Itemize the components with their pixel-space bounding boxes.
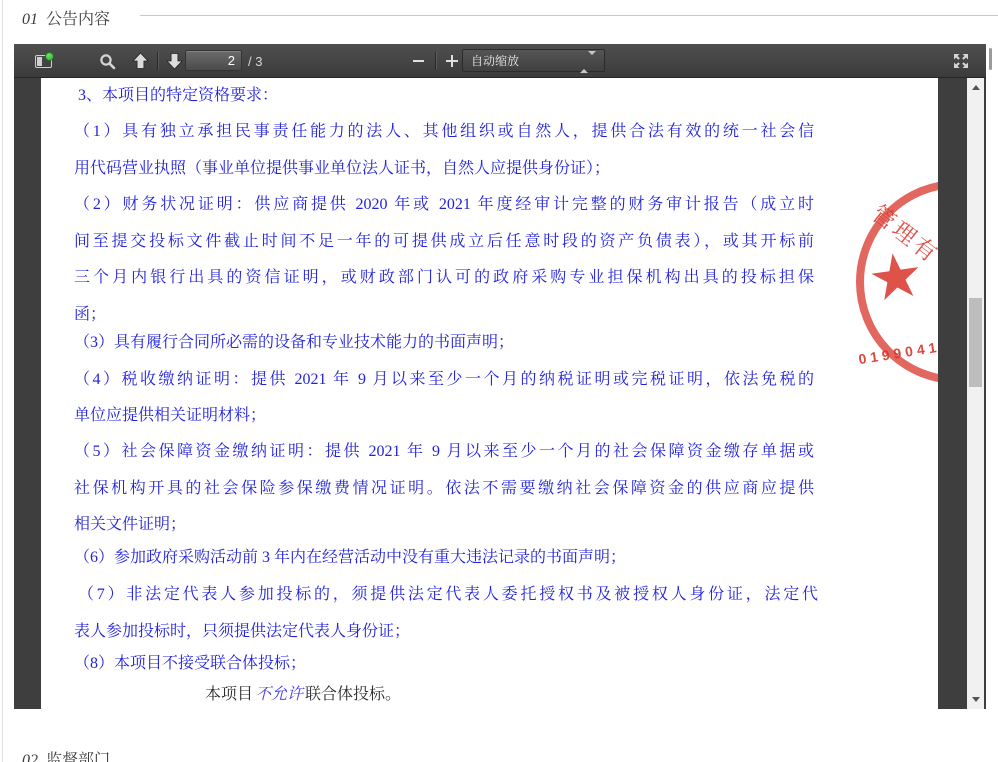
next-page-button[interactable] <box>160 49 188 73</box>
scroll-down-button[interactable] <box>967 692 984 707</box>
page-root: { "header": { "section_number": "01", "s… <box>0 0 998 762</box>
heading-divider <box>140 15 998 16</box>
plus-icon <box>446 55 458 67</box>
up-down-arrows-icon <box>580 55 596 69</box>
final-line-prefix: 本项目 <box>205 686 253 703</box>
doc-line: （1）具有独立承担民事责任能力的法人、其他组织或自然人，提供合法有效的统一社会信 <box>74 121 814 143</box>
sidebar-notification-dot <box>45 52 54 61</box>
presentation-mode-icon <box>952 52 970 70</box>
section-heading-02: 02监督部门 <box>22 747 110 762</box>
doc-line: （3）具有履行合同所必需的设备和专业技术能力的书面声明； <box>74 332 514 354</box>
presentation-mode-button[interactable] <box>946 49 976 73</box>
page-count-label: / 3 <box>248 44 262 78</box>
sidebar-toggle-button[interactable] <box>28 49 58 73</box>
doc-line: （4）税收缴纳证明：提供 2021 年 9 月以来至少一个月的纳税证明或完税证明… <box>74 369 814 391</box>
scrollbar-thumb[interactable] <box>969 298 982 387</box>
sidebar-toggle-icon <box>35 55 52 68</box>
zoom-out-button[interactable] <box>404 49 432 73</box>
doc-line: 三个月内银行出具的资信证明，或财政部门认可的政府采购专业担保机构出具的投标担保 <box>74 267 814 289</box>
section-title: 公告内容 <box>46 11 110 28</box>
toolbar-separator <box>157 52 158 70</box>
page-up-icon <box>131 52 150 70</box>
final-line-suffix: 联合体投标。 <box>305 686 401 703</box>
doc-final-line: 本项目不允许联合体投标。 <box>205 684 401 706</box>
search-icon <box>99 53 116 70</box>
doc-line: 函； <box>74 304 106 326</box>
zoom-scale-value: 自动缩放 <box>471 52 519 69</box>
search-button[interactable] <box>92 49 122 73</box>
triangle-up-icon <box>972 85 980 90</box>
toolbar-separator <box>435 52 436 70</box>
doc-line: 用代码营业执照（事业单位提供事业单位法人证书，自然人应提供身份证）； <box>74 158 610 180</box>
pdf-scrollbar[interactable] <box>967 78 984 709</box>
section-number: 01 <box>22 11 38 28</box>
doc-line: 间至提交投标文件截止时间不足一年的可提供成立后任意时段的资产负债表），或其开标前 <box>74 231 814 253</box>
triangle-down-icon <box>972 697 980 702</box>
scroll-up-button[interactable] <box>967 80 984 95</box>
doc-line: 表人参加投标时，只须提供法定代表人身份证； <box>74 621 410 643</box>
previous-page-button[interactable] <box>126 49 154 73</box>
page-number-input[interactable] <box>185 50 242 71</box>
doc-line: 3、本项目的特定资格要求： <box>78 85 278 107</box>
final-line-emphasis: 不允许 <box>255 686 303 703</box>
pdf-toolbar: / 3 自动缩放 <box>14 44 986 78</box>
pdf-page: 3、本项目的特定资格要求： （1）具有独立承担民事责任能力的法人、其他组织或自然… <box>41 78 938 709</box>
section-heading-01: 01公告内容 <box>22 6 110 29</box>
doc-line: （8）本项目不接受联合体投标； <box>74 653 306 675</box>
panel-left-border <box>2 0 3 762</box>
doc-line: 社保机构开具的社会保险参保缴费情况证明。依法不需要缴纳社会保障资金的供应商应提供 <box>74 478 814 500</box>
section-number: 02 <box>22 752 38 762</box>
doc-line: （6）参加政府采购活动前 3 年内在经营活动中没有重大违法记录的书面声明； <box>74 547 626 569</box>
outer-scrollbar-thumb[interactable] <box>989 48 992 70</box>
doc-line: （2）财务状况证明：供应商提供 2020 年或 2021 年度经审计完整的财务审… <box>74 194 814 216</box>
doc-line: （5）社会保障资金缴纳证明：提供 2021 年 9 月以来至少一个月的社会保障资… <box>74 441 814 463</box>
doc-line: 单位应提供相关证明材料； <box>74 405 266 427</box>
pdf-viewport[interactable]: 3、本项目的特定资格要求： （1）具有独立承担民事责任能力的法人、其他组织或自然… <box>14 78 986 709</box>
section-title: 监督部门 <box>46 752 110 762</box>
page-down-icon <box>165 52 184 70</box>
minus-icon <box>413 60 424 62</box>
doc-line: 相关文件证明； <box>74 514 186 536</box>
doc-line: （7）非法定代表人参加投标的，须提供法定代表人委托授权书及被授权人身份证，法定代 <box>78 584 818 606</box>
zoom-scale-select[interactable]: 自动缩放 <box>462 49 605 72</box>
pdf-viewer: / 3 自动缩放 3、本项目的特定资格要求： （ <box>14 44 986 710</box>
